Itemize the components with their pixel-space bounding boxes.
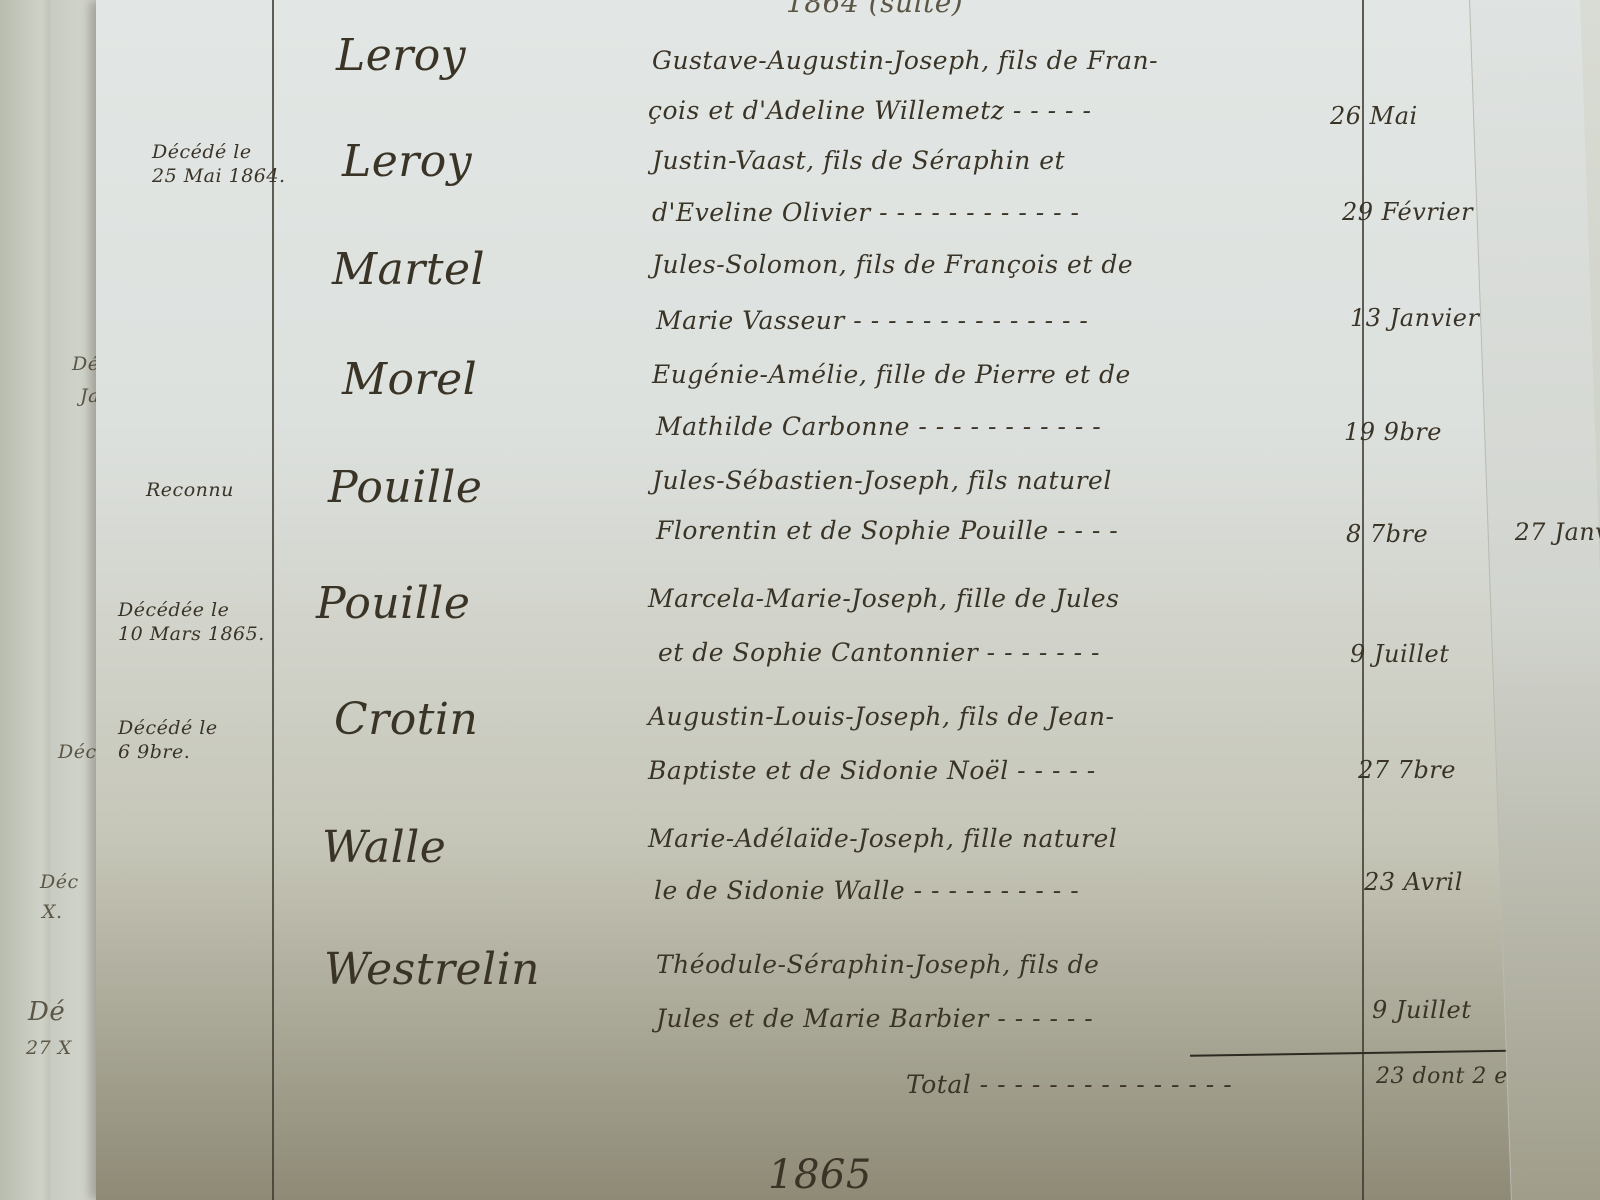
register-background: Déc Jan Déc Déc X. Dé 27 X 1864 (suite) … xyxy=(0,0,1600,1200)
entry-desc-line1: Augustin-Louis-Joseph, fils de Jean- xyxy=(648,702,1114,731)
entry-desc-line1: Théodule-Séraphin-Joseph, fils de xyxy=(656,950,1099,979)
entry-surname: Morel xyxy=(342,354,477,405)
left-page-fragment: Déc xyxy=(40,870,79,894)
right-page-fragment: 27 Janv xyxy=(1514,518,1600,546)
entry-date: 27 7bre xyxy=(1358,756,1456,784)
left-page-fragment: Dé xyxy=(28,1000,65,1024)
entry-date: 13 Janvier xyxy=(1350,304,1479,332)
register-sheet: 1864 (suite) Leroy Gustave-Augustin-Jose… xyxy=(96,0,1516,1200)
entry-desc-line1: Eugénie-Amélie, fille de Pierre et de xyxy=(652,360,1131,389)
total-label: Total - - - - - - - - - - - - - - - xyxy=(906,1070,1232,1099)
entry-margin-note: Reconnu xyxy=(146,478,234,502)
entry-desc-line2: Marie Vasseur - - - - - - - - - - - - - … xyxy=(656,306,1088,335)
entry-surname: Leroy xyxy=(336,30,466,81)
left-page-fragment: X. xyxy=(42,900,63,924)
left-page-fragment: Déc xyxy=(58,740,97,764)
entry-date: 9 Juillet xyxy=(1372,996,1471,1024)
left-page-fragment: 27 X xyxy=(26,1036,72,1060)
entry-desc-line2: le de Sidonie Walle - - - - - - - - - - xyxy=(654,876,1079,905)
total-underline xyxy=(1190,1049,1540,1056)
entry-margin-note: Décédé le 6 9bre. xyxy=(118,716,218,764)
entry-date: 23 Avril xyxy=(1364,868,1463,896)
entry-desc-line1: Jules-Sébastien-Joseph, fils naturel xyxy=(652,466,1112,495)
entry-desc-line2: Jules et de Marie Barbier - - - - - - xyxy=(656,1004,1093,1033)
entry-desc-line2: d'Eveline Olivier - - - - - - - - - - - … xyxy=(652,198,1079,227)
entry-desc-line1: Marie-Adélaïde-Joseph, fille naturel xyxy=(648,824,1117,853)
header-year: 1864 (suite) xyxy=(786,0,963,19)
entry-date: 9 Juillet xyxy=(1350,640,1449,668)
column-rule-date xyxy=(1362,0,1364,1200)
entry-date: 19 9bre xyxy=(1344,418,1442,446)
entry-margin-note: Décédé le 25 Mai 1864. xyxy=(152,140,286,188)
entry-desc-line1: Jules-Solomon, fils de François et de xyxy=(652,250,1133,279)
entry-date: 29 Février xyxy=(1342,198,1473,226)
entry-surname: Westrelin xyxy=(324,944,540,995)
entry-desc-line1: Gustave-Augustin-Joseph, fils de Fran- xyxy=(652,46,1158,75)
entry-desc-line2: Baptiste et de Sidonie Noël - - - - - xyxy=(648,756,1096,785)
entry-surname: Martel xyxy=(332,244,485,295)
entry-margin-note: Décédée le 10 Mars 1865. xyxy=(118,598,265,646)
entry-desc-line2: Mathilde Carbonne - - - - - - - - - - - xyxy=(656,412,1101,441)
entry-desc-line2: et de Sophie Cantonnier - - - - - - - xyxy=(658,638,1100,667)
entry-surname: Pouille xyxy=(328,462,482,513)
entry-surname: Pouille xyxy=(316,578,470,629)
entry-desc-line1: Justin-Vaast, fils de Séraphin et xyxy=(652,146,1065,175)
entry-desc-line1: Marcela-Marie-Joseph, fille de Jules xyxy=(648,584,1119,613)
entry-desc-line2: Florentin et de Sophie Pouille - - - - xyxy=(656,516,1118,545)
entry-surname: Crotin xyxy=(334,694,478,745)
entry-surname: Walle xyxy=(322,822,446,873)
entry-date: 26 Mai xyxy=(1330,102,1418,130)
entry-date: 8 7bre xyxy=(1346,520,1428,548)
entry-surname: Leroy xyxy=(342,136,472,187)
entry-desc-line2: çois et d'Adeline Willemetz - - - - - xyxy=(648,96,1091,125)
footer-year: 1865 xyxy=(768,1152,872,1198)
